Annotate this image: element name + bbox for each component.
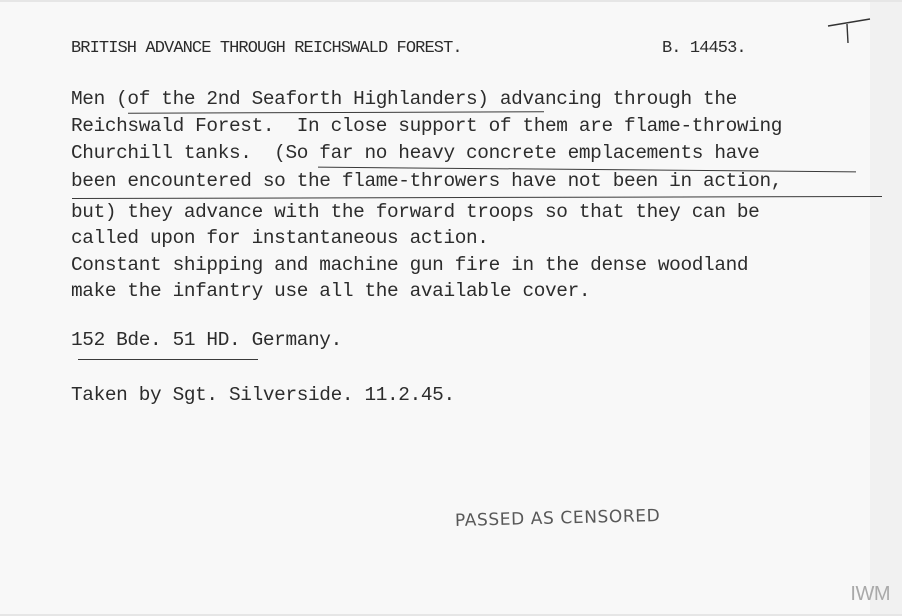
caption-line-6: called upon for instantaneous action. (71, 229, 489, 248)
sheet-edge-shade (870, 2, 902, 614)
iwm-watermark: IWM (850, 583, 890, 606)
caption-line-5: but) they advance with the forward troop… (71, 203, 759, 222)
handwritten-t-mark (826, 16, 874, 44)
document-title: BRITISH ADVANCE THROUGH REICHSWALD FORES… (71, 40, 462, 57)
caption-line-3: Churchill tanks. (So far no heavy concre… (71, 144, 759, 163)
caption-line-1: Men (of the 2nd Seaforth Highlanders) ad… (71, 90, 737, 109)
underline-unit (78, 359, 258, 360)
credit-line: Taken by Sgt. Silverside. 11.2.45. (71, 386, 455, 405)
censor-stamp: PASSED AS CENSORED (455, 506, 661, 531)
underline-highlanders (128, 111, 544, 113)
caption-line-4: been encountered so the flame-throwers h… (71, 172, 782, 191)
unit-line: 152 Bde. 51 HD. Germany. (71, 331, 342, 350)
underline-flame-throwers (72, 196, 882, 199)
caption-sheet: BRITISH ADVANCE THROUGH REICHSWALD FORES… (0, 2, 902, 614)
caption-line-2: Reichswald Forest. In close support of t… (71, 117, 782, 136)
reference-number: B. 14453. (662, 40, 746, 57)
caption-line-7: Constant shipping and machine gun fire i… (71, 256, 748, 275)
caption-line-8: make the infantry use all the available … (71, 282, 590, 301)
